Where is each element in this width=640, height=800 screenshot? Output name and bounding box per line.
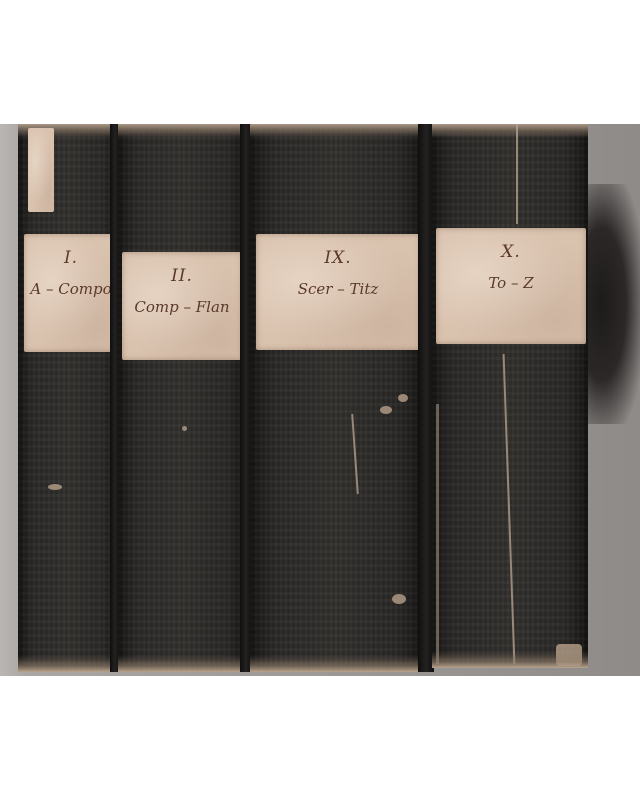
spine-label: X. To – Z bbox=[436, 228, 586, 344]
backdrop-shadow bbox=[585, 184, 640, 424]
book-spine-volume-1: I. A – Compo bbox=[18, 124, 118, 672]
book-spine-volume-9: IX. Scer – Titz bbox=[250, 124, 422, 672]
wear-spot bbox=[556, 644, 582, 666]
wear-spot bbox=[48, 484, 62, 490]
book-spines-photo: I. A – Compo II. Comp – Flan IX. Scer – … bbox=[0, 124, 640, 676]
wear-spot bbox=[392, 594, 406, 604]
wear-spot bbox=[380, 406, 392, 414]
volume-number: II. bbox=[122, 266, 242, 286]
leather-crack bbox=[351, 414, 359, 494]
volume-range: Comp – Flan bbox=[122, 298, 242, 316]
spine-label: II. Comp – Flan bbox=[122, 252, 242, 360]
book-spine-volume-2: II. Comp – Flan bbox=[118, 124, 246, 672]
volume-number: I. bbox=[24, 248, 118, 268]
leather-crack bbox=[436, 404, 439, 664]
spine-label: I. A – Compo bbox=[24, 234, 118, 352]
volume-range: A – Compo bbox=[24, 280, 118, 298]
volume-number: IX. bbox=[256, 248, 420, 268]
wear-spot bbox=[182, 426, 187, 431]
wear-spot bbox=[398, 394, 408, 402]
leather-crack bbox=[503, 354, 516, 664]
leather-crack bbox=[516, 124, 518, 224]
volume-range: To – Z bbox=[436, 274, 586, 292]
volume-range: Scer – Titz bbox=[256, 280, 420, 298]
spine-label: IX. Scer – Titz bbox=[256, 234, 420, 350]
book-spine-volume-10: X. To – Z bbox=[432, 124, 588, 668]
spine-top-patch bbox=[28, 128, 54, 212]
volume-number: X. bbox=[436, 242, 586, 262]
